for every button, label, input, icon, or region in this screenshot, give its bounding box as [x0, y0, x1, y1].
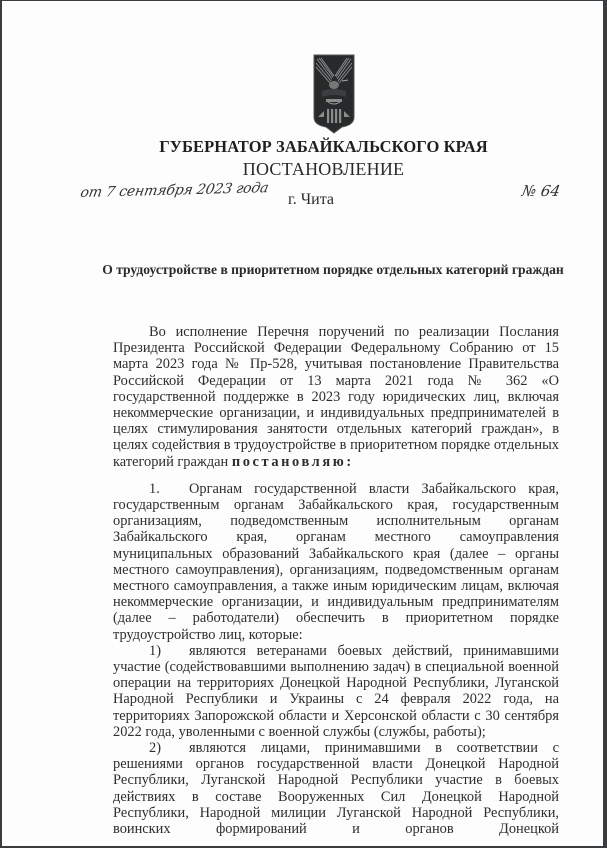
document-page: ГУБЕРНАТОР ЗАБАЙКАЛЬСКОГО КРАЯ ПОСТАНОВЛ… — [2, 1, 603, 846]
clause-number: 1. — [149, 481, 189, 497]
document-subject: О трудоустройстве в приоритетном порядке… — [102, 261, 564, 278]
decree-word: постановляю: — [232, 454, 354, 470]
document-body: Во исполнение Перечня поручений по реали… — [113, 324, 559, 837]
subitem-number: 2) — [149, 740, 189, 756]
document-type: ПОСТАНОВЛЕНИЕ — [2, 159, 603, 180]
coat-of-arms-icon — [312, 53, 356, 135]
clause-1: 1.Органам государственной власти Забайка… — [113, 481, 559, 643]
preamble-paragraph: Во исполнение Перечня поручений по реали… — [113, 324, 559, 470]
handwritten-date: от 7 сентября 2023 года — [79, 180, 270, 201]
subitem-2: 2)являются лицами, принимавшими в соотве… — [113, 740, 559, 837]
issuer-title: ГУБЕРНАТОР ЗАБАЙКАЛЬСКОГО КРАЯ — [2, 137, 603, 157]
preamble-text: Во исполнение Перечня поручений по реали… — [113, 324, 559, 470]
handwritten-number: № 64 — [520, 182, 561, 200]
subitem-number: 1) — [149, 643, 189, 659]
clause-text: Органам государственной власти Забайкаль… — [113, 481, 559, 643]
city: г. Чита — [288, 191, 334, 209]
subitem-1: 1)являются ветеранами боевых действий, п… — [113, 643, 559, 740]
